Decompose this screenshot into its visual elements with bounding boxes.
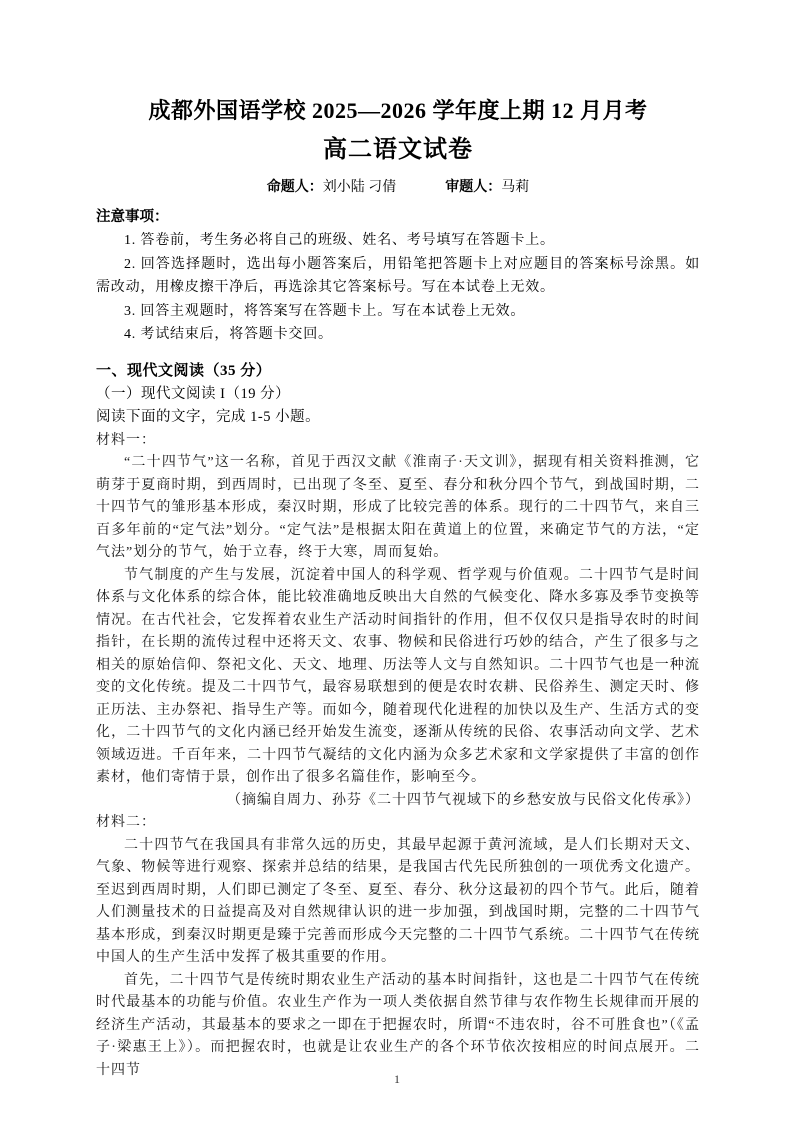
exam-body: 一、现代文阅读（35 分） （一）现代文阅读 I（19 分） 阅读下面的文字，完… bbox=[96, 360, 700, 1083]
notice-section: 注意事项： 1. 答卷前，考生务必将自己的班级、姓名、考号填写在答题卡上。 2.… bbox=[96, 206, 700, 347]
notice-item-2: 2. 回答选择题时，选出每小题答案后，用铅笔把答题卡上对应题目的答案标号涂黑。如… bbox=[96, 253, 700, 300]
setters-line: 命题人：刘小陆 刁倩审题人：马莉 bbox=[96, 178, 700, 197]
exam-paper-page: 成都外国语学校 2025—2026 学年度上期 12 月月考 高二语文试卷 命题… bbox=[0, 0, 794, 1123]
material2-paragraph: 首先，二十四节气是传统时期农业生产活动的基本时间指针，这也是二十四节气在传统时代… bbox=[96, 970, 700, 1083]
page-number: 1 bbox=[0, 1072, 794, 1087]
section-heading: 一、现代文阅读（35 分） bbox=[96, 360, 700, 383]
reviewer-names: 马莉 bbox=[501, 180, 529, 195]
doc-subtitle: 高二语文试卷 bbox=[96, 135, 700, 166]
setter-names: 刘小陆 刁倩 bbox=[323, 180, 397, 195]
reading-instruction: 阅读下面的文字，完成 1-5 小题。 bbox=[96, 406, 700, 430]
exam-header: 成都外国语学校 2025—2026 学年度上期 12 月月考 高二语文试卷 命题… bbox=[96, 96, 700, 197]
notice-item-3: 3. 回答主观题时，将答案写在答题卡上。写在本试卷上无效。 bbox=[96, 300, 700, 324]
notice-item-4: 4. 考试结束后，将答题卡交回。 bbox=[96, 323, 700, 347]
doc-title: 成都外国语学校 2025—2026 学年度上期 12 月月考 bbox=[96, 96, 700, 125]
material2-paragraph: 二十四节气在我国具有非常久远的历史，其最早起源于黄河流域，是人们长期对天文、气象… bbox=[96, 835, 700, 970]
material1-paragraph: “二十四节气”这一名称，首见于西汉文献《淮南子·天文训》，据现有相关资料推测，它… bbox=[96, 452, 700, 565]
material1-label: 材料一： bbox=[96, 430, 700, 453]
material1-paragraph: 节气制度的产生与发展，沉淀着中国人的科学观、哲学观与价值观。二十四节气是时间体系… bbox=[96, 565, 700, 790]
part-heading: （一）现代文阅读 I（19 分） bbox=[96, 383, 700, 407]
material2-label: 材料二： bbox=[96, 812, 700, 835]
material1-attribution: （摘编自周力、孙芬《二十四节气视域下的乡愁安放与民俗文化传承》） bbox=[96, 790, 700, 813]
reviewer-label: 审题人： bbox=[445, 180, 501, 195]
notice-item-1: 1. 答卷前，考生务必将自己的班级、姓名、考号填写在答题卡上。 bbox=[96, 229, 700, 253]
setter-label: 命题人： bbox=[267, 180, 323, 195]
notice-heading: 注意事项： bbox=[96, 206, 700, 229]
